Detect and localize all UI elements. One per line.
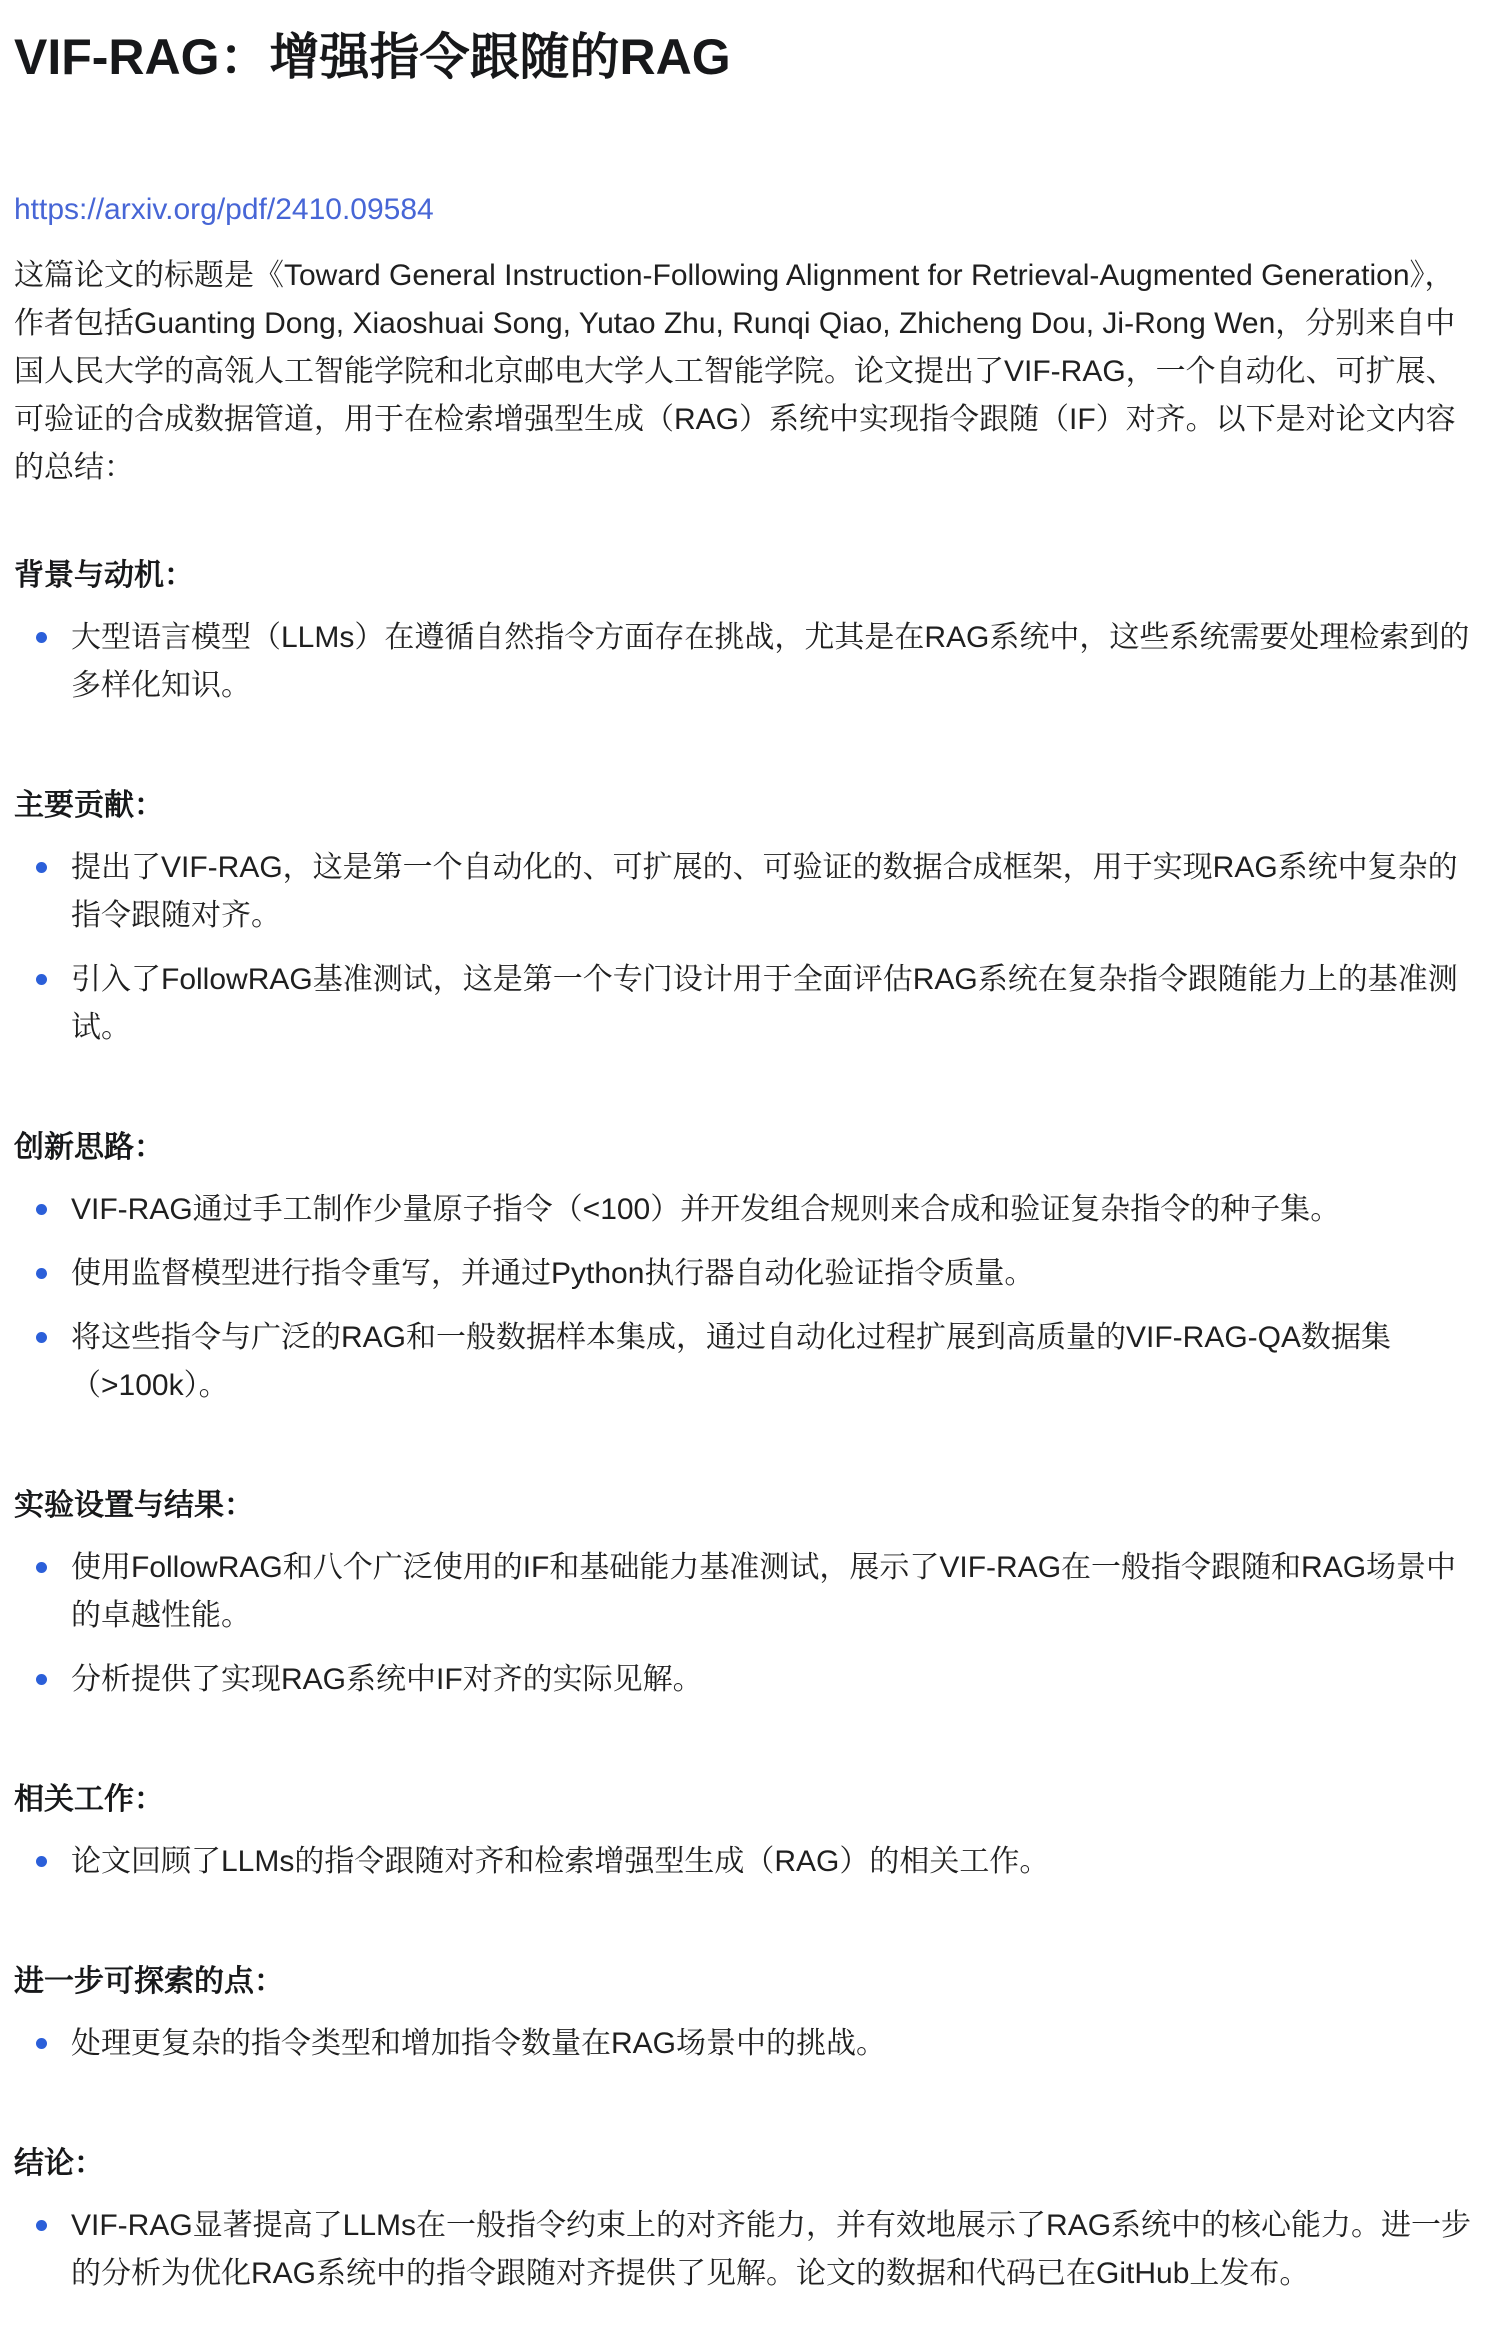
list-item: 处理更复杂的指令类型和增加指令数量在RAG场景中的挑战。 [14,2020,1484,2068]
bullet-list: 提出了VIF-RAG，这是第一个自动化的、可扩展的、可验证的数据合成框架，用于实… [14,844,1484,1052]
list-item: 引入了FollowRAG基准测试，这是第一个专门设计用于全面评估RAG系统在复杂… [14,956,1484,1052]
list-item-text: 将这些指令与广泛的RAG和一般数据样本集成，通过自动化过程扩展到高质量的VIF-… [71,1321,1391,1402]
section-heading: 实验设置与结果： [14,1484,1484,1528]
list-item: 使用监督模型进行指令重写，并通过Python执行器自动化验证指令质量。 [14,1250,1484,1298]
bullet-icon [36,1204,47,1215]
bullet-icon [36,862,47,873]
document-page: VIF-RAG：增强指令跟随的RAG https://arxiv.org/pdf… [0,0,1500,2338]
bullet-list: 使用FollowRAG和八个广泛使用的IF和基础能力基准测试，展示了VIF-RA… [14,1544,1484,1704]
section-background-motivation: 背景与动机： 大型语言模型（LLMs）在遵循自然指令方面存在挑战，尤其是在RAG… [14,554,1484,710]
bullet-list: VIF-RAG显著提高了LLMs在一般指令约束上的对齐能力，并有效地展示了RAG… [14,2202,1484,2298]
section-heading: 结论： [14,2142,1484,2186]
bullet-icon [36,2220,47,2231]
list-item-text: VIF-RAG通过手工制作少量原子指令（<100）并开发组合规则来合成和验证复杂… [71,1193,1340,1226]
section-further-exploration: 进一步可探索的点： 处理更复杂的指令类型和增加指令数量在RAG场景中的挑战。 [14,1960,1484,2068]
list-item-text: 提出了VIF-RAG，这是第一个自动化的、可扩展的、可验证的数据合成框架，用于实… [71,851,1458,932]
bullet-icon [36,1856,47,1867]
bullet-icon [36,632,47,643]
section-main-contributions: 主要贡献： 提出了VIF-RAG，这是第一个自动化的、可扩展的、可验证的数据合成… [14,784,1484,1052]
bullet-icon [36,974,47,985]
section-heading: 创新思路： [14,1126,1484,1170]
section-innovative-ideas: 创新思路： VIF-RAG通过手工制作少量原子指令（<100）并开发组合规则来合… [14,1126,1484,1410]
section-heading: 进一步可探索的点： [14,1960,1484,2004]
list-item-text: 处理更复杂的指令类型和增加指令数量在RAG场景中的挑战。 [71,2027,886,2060]
page-title: VIF-RAG：增强指令跟随的RAG [14,24,1484,90]
list-item-text: 使用FollowRAG和八个广泛使用的IF和基础能力基准测试，展示了VIF-RA… [71,1551,1456,1632]
bullet-list: 处理更复杂的指令类型和增加指令数量在RAG场景中的挑战。 [14,2020,1484,2068]
list-item: 大型语言模型（LLMs）在遵循自然指令方面存在挑战，尤其是在RAG系统中，这些系… [14,614,1484,710]
list-item: 将这些指令与广泛的RAG和一般数据样本集成，通过自动化过程扩展到高质量的VIF-… [14,1314,1484,1410]
section-conclusion: 结论： VIF-RAG显著提高了LLMs在一般指令约束上的对齐能力，并有效地展示… [14,2142,1484,2298]
bullet-list: VIF-RAG通过手工制作少量原子指令（<100）并开发组合规则来合成和验证复杂… [14,1186,1484,1410]
bullet-icon [36,1268,47,1279]
section-related-work: 相关工作： 论文回顾了LLMs的指令跟随对齐和检索增强型生成（RAG）的相关工作… [14,1778,1484,1886]
list-item-text: 大型语言模型（LLMs）在遵循自然指令方面存在挑战，尤其是在RAG系统中，这些系… [71,621,1469,702]
section-experiments-results: 实验设置与结果： 使用FollowRAG和八个广泛使用的IF和基础能力基准测试，… [14,1484,1484,1704]
section-heading: 主要贡献： [14,784,1484,828]
arxiv-pdf-link[interactable]: https://arxiv.org/pdf/2410.09584 [14,190,434,230]
bullet-list: 论文回顾了LLMs的指令跟随对齐和检索增强型生成（RAG）的相关工作。 [14,1838,1484,1886]
section-heading: 背景与动机： [14,554,1484,598]
list-item-text: 引入了FollowRAG基准测试，这是第一个专门设计用于全面评估RAG系统在复杂… [71,963,1458,1044]
intro-paragraph: 这篇论文的标题是《Toward General Instruction-Foll… [14,252,1484,492]
list-item-text: 分析提供了实现RAG系统中IF对齐的实际见解。 [71,1663,703,1696]
bullet-icon [36,2038,47,2049]
list-item: 使用FollowRAG和八个广泛使用的IF和基础能力基准测试，展示了VIF-RA… [14,1544,1484,1640]
list-item-text: VIF-RAG显著提高了LLMs在一般指令约束上的对齐能力，并有效地展示了RAG… [71,2209,1471,2290]
list-item: 分析提供了实现RAG系统中IF对齐的实际见解。 [14,1656,1484,1704]
list-item-text: 论文回顾了LLMs的指令跟随对齐和检索增强型生成（RAG）的相关工作。 [71,1845,1049,1878]
list-item: VIF-RAG显著提高了LLMs在一般指令约束上的对齐能力，并有效地展示了RAG… [14,2202,1484,2298]
section-heading: 相关工作： [14,1778,1484,1822]
list-item: 论文回顾了LLMs的指令跟随对齐和检索增强型生成（RAG）的相关工作。 [14,1838,1484,1886]
bullet-list: 大型语言模型（LLMs）在遵循自然指令方面存在挑战，尤其是在RAG系统中，这些系… [14,614,1484,710]
list-item-text: 使用监督模型进行指令重写，并通过Python执行器自动化验证指令质量。 [71,1257,1034,1290]
bullet-icon [36,1674,47,1685]
bullet-icon [36,1562,47,1573]
list-item: VIF-RAG通过手工制作少量原子指令（<100）并开发组合规则来合成和验证复杂… [14,1186,1484,1234]
bullet-icon [36,1332,47,1343]
list-item: 提出了VIF-RAG，这是第一个自动化的、可扩展的、可验证的数据合成框架，用于实… [14,844,1484,940]
